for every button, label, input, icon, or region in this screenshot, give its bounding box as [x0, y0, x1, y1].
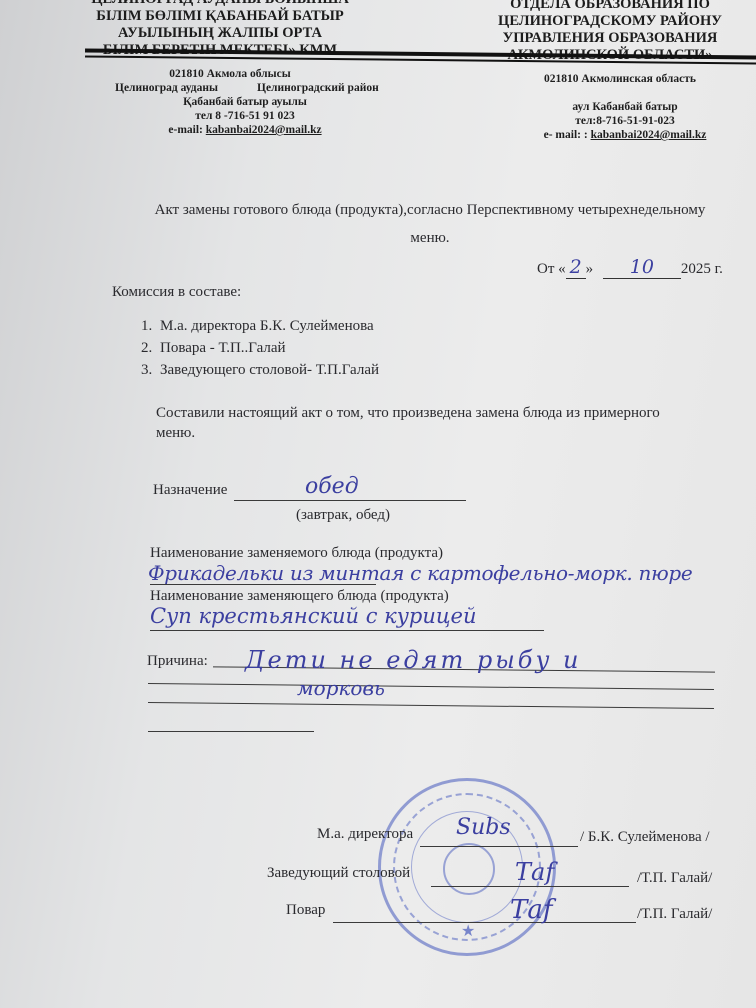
address-line: аул Кабанбай батыр — [520, 100, 730, 114]
signature-name-director: / Б.К. Сулейменова / — [580, 829, 710, 846]
replaced-dish-label: Наименование заменяемого блюда (продукта… — [150, 545, 443, 562]
org-line: ОТДЕЛА ОБРАЗОВАНИЯ ПО — [450, 0, 756, 13]
org-line: БІЛІМ БӨЛІМІ ҚАБАНБАЙ БАТЫР — [60, 8, 380, 25]
date-prefix: От « — [537, 261, 566, 277]
signature-canteen-head: Таf — [515, 858, 554, 886]
statement-line: Составили настоящий акт о том, что произ… — [156, 405, 660, 422]
left-address-district-ru: Целиноградский район — [257, 81, 379, 95]
address-line: Целиноград ауданы — [115, 82, 218, 94]
email-label: e-mail: — [168, 124, 205, 136]
signature-role-canteen-head: Заведующий столовой — [267, 865, 410, 882]
commission-members: М.а. директора Б.К. Сулейменова Повара -… — [132, 315, 379, 381]
date-mid: » — [586, 261, 594, 277]
signature-role-cook: Повар — [286, 902, 325, 919]
seal-emblem — [443, 843, 495, 895]
right-address-rest: аул Кабанбай батыр тел:8-716-51-91-023 e… — [520, 100, 730, 142]
signature-line-cook — [333, 922, 636, 923]
title-line: меню. — [110, 224, 750, 252]
date-day: 2 — [570, 256, 582, 278]
org-line: ЦЕЛИНОГРАДСКОМУ РАЙОНУ — [450, 13, 756, 30]
reason-label: Причина: — [147, 653, 208, 670]
title-line: Акт замены готового блюда (продукта),сог… — [110, 196, 750, 224]
purpose-value[interactable]: обед — [305, 474, 359, 499]
address-line: Қабанбай батыр ауылы — [130, 95, 360, 109]
member-item: М.а. директора Б.К. Сулейменова — [156, 315, 379, 337]
org-line: УПРАВЛЕНИЯ ОБРАЗОВАНИЯ — [450, 30, 756, 47]
purpose-field-line — [234, 500, 466, 501]
member-item: Заведующего столовой- Т.П.Галай — [156, 359, 379, 381]
purpose-hint: (завтрак, обед) — [296, 507, 390, 524]
replacing-dish-value[interactable]: Суп крестьянский с курицей — [150, 604, 476, 628]
star-icon: ★ — [461, 921, 475, 941]
address-line: 021810 Акмола облысы — [110, 67, 350, 81]
reason-line-3 — [148, 702, 714, 709]
member-item: Повара - Т.П..Галай — [156, 337, 379, 359]
org-line: АУЫЛЫНЫҢ ЖАЛПЫ ОРТА — [60, 25, 380, 42]
date-year: 2025 г. — [681, 261, 723, 277]
purpose-label: Назначение — [153, 482, 227, 499]
phone: тел:8-716-51-91-023 — [520, 114, 730, 128]
signature-name-canteen-head: /Т.П. Галай/ — [637, 870, 712, 887]
signature-name-cook: /Т.П. Галай/ — [637, 906, 712, 923]
signature-line-canteen-head — [431, 886, 629, 887]
signature-cook: Таf — [510, 895, 552, 925]
address-line: 021810 Акмолинская область — [500, 72, 740, 86]
email-row: e-mail: kabanbai2024@mail.kz — [130, 123, 360, 137]
signature-role-director: М.а. директора — [317, 826, 413, 843]
right-address: 021810 Акмолинская область — [500, 72, 740, 86]
commission-label: Комиссия в составе: — [112, 284, 241, 301]
email-link[interactable]: kabanbai2024@mail.kz — [591, 129, 707, 141]
reason-line-4 — [148, 731, 314, 732]
date-month: 10 — [630, 256, 654, 278]
statement-line: меню. — [156, 425, 195, 442]
email-link[interactable]: kabanbai2024@mail.kz — [206, 124, 322, 136]
document-title: Акт замены готового блюда (продукта),сог… — [110, 196, 750, 252]
date-row: От «2» 102025 г. — [537, 256, 723, 279]
left-address-district-kz: Целиноград ауданы — [115, 81, 218, 95]
reason-value-line1[interactable]: Дети не едят рыбу и — [245, 646, 581, 674]
email-row: e- mail: : kabanbai2024@mail.kz — [520, 128, 730, 142]
replacing-dish-label: Наименование заменяющего блюда (продукта… — [150, 588, 449, 605]
left-address: 021810 Акмола облысы — [110, 67, 350, 81]
replaced-dish-value[interactable]: Фрикадельки из минтая с картофельно-морк… — [148, 561, 692, 585]
email-label: e- mail: : — [544, 129, 591, 141]
address-line: Целиноградский район — [257, 82, 379, 94]
signature-line-director — [420, 846, 578, 847]
org-line: ЦЕЛИНОГРАД АУДАНЫ БОЙЫНША — [60, 0, 380, 8]
reason-value-line2[interactable]: морковь — [297, 676, 385, 700]
left-address-rest: Қабанбай батыр ауылы тел 8 -716-51 91 02… — [130, 95, 360, 137]
reason-line-2 — [148, 683, 714, 690]
signature-director: Subs — [456, 815, 511, 840]
replacing-dish-line — [150, 630, 544, 631]
phone: тел 8 -716-51 91 023 — [130, 109, 360, 123]
